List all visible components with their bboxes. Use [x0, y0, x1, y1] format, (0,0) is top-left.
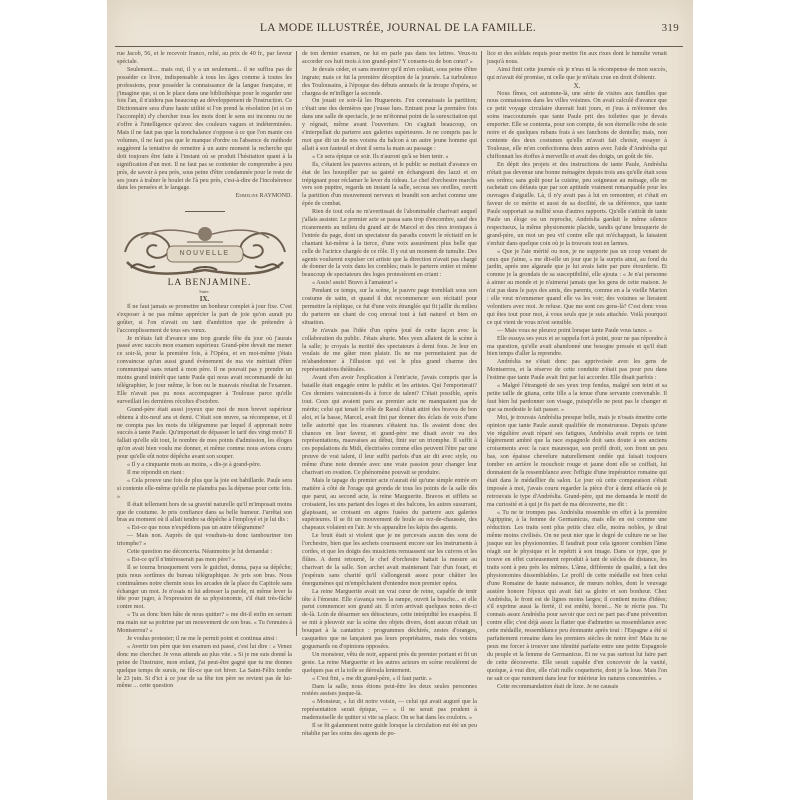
paragraph: Il me répondit en riant : — [117, 470, 292, 478]
paragraph: Le bruit était si violent que je ne perc… — [302, 533, 477, 588]
paragraph: Ainsi finit cette journée où je n'eus ni… — [487, 67, 667, 83]
paragraph: « Que je l'aie mérité ou non, je ne supp… — [487, 249, 667, 328]
ornament-label: NOUVELLE — [171, 250, 239, 258]
paragraph: Il ne faut jamais se promettre un bonheu… — [117, 304, 292, 336]
paragraph: La reine Marguerite avait un vrai cœur d… — [302, 589, 477, 652]
paragraph: « Tu as donc bien hâte de nous quitter? … — [117, 612, 292, 636]
story-title: LA BENJAMINE. — [117, 280, 292, 288]
paragraph: « Ce sera épique ce soir. Ils n'auront q… — [302, 154, 477, 162]
column-divider — [296, 51, 297, 636]
paragraph: Je voulus protester; il ne me le permit … — [117, 636, 292, 644]
column-left: rue Jacob, 56, et le recevoir franco, re… — [117, 51, 292, 636]
chapter-heading: X. — [487, 83, 667, 91]
paragraph: « Est-ce qu'il n'intéresserait pas mon p… — [117, 557, 292, 565]
paragraph: Elle essuya ses yeux et se rappela fort … — [487, 336, 667, 360]
paragraph: Avant d'en avoir l'explication à l'entr'… — [302, 375, 477, 478]
paragraph: Seulement.... mais oui, il y a un seulem… — [117, 67, 292, 194]
paragraph: Nous fîmes, cet automne-là, une série de… — [487, 91, 667, 162]
paragraph: Cette question me déconcerta. Néanmoins … — [117, 549, 292, 557]
paragraph: « Avertir ton père que ton examen est pa… — [117, 644, 292, 691]
paragraph: Il se tourna brusquement vers le guichet… — [117, 565, 292, 612]
paragraph: Mais le tapage du premier acte n'aurait … — [302, 478, 477, 533]
page-number: 319 — [662, 22, 679, 34]
paragraph: Un monsieur, vêtu de noir, apparut près … — [302, 652, 477, 676]
paragraph: « Est-ce que nous n'expédions pas un aut… — [117, 525, 292, 533]
header-rule — [115, 46, 683, 47]
paragraph: lice et des soldats requis pour mettre f… — [487, 51, 667, 67]
paragraph: Je m'étais fait d'avance une trop grande… — [117, 336, 292, 407]
paragraph: « C'est fini, » me dit grand-père, « il … — [302, 676, 477, 684]
paragraph: — Mais vous ne pleurez point lorsque tan… — [487, 328, 667, 336]
paragraph: — Mais non. Auprès de qui voudrais-tu do… — [117, 533, 292, 549]
column-middle: de ton dernier examen, ne lui en parle p… — [302, 51, 477, 626]
paragraph: « Malgré l'étrangeté de ses yeux trop fe… — [487, 383, 667, 415]
paragraph: Pendant ce temps, sur la scène, le pauvr… — [302, 288, 477, 328]
paragraph: En dépit des projets et des instructions… — [487, 162, 667, 249]
newspaper-page: LA MODE ILLUSTRÉE, JOURNAL DE LA FAMILLE… — [107, 0, 693, 800]
journal-title: LA MODE ILLUSTRÉE, JOURNAL DE LA FAMILLE… — [260, 22, 536, 34]
section-separator — [185, 211, 225, 212]
paragraph: Il était tellement hors de sa gravité na… — [117, 502, 292, 526]
column-divider — [481, 51, 482, 626]
page-header: LA MODE ILLUSTRÉE, JOURNAL DE LA FAMILLE… — [117, 22, 679, 42]
paragraph: Je devais céder, et sans montrer qu'il m… — [302, 67, 477, 99]
column-right: lice et des soldats requis pour mettre f… — [487, 51, 667, 621]
nouvelle-ornament: NOUVELLE — [121, 222, 289, 280]
paragraph: Dans la salle, nous étions peut-être les… — [302, 684, 477, 700]
paragraph: « Assis! assis! Bravo à l'amateur! » — [302, 280, 477, 288]
paragraph: rue Jacob, 56, et le recevoir franco, re… — [117, 51, 292, 67]
paragraph: « Tu ne te trompes pas. Andréslta ressem… — [487, 510, 667, 684]
paragraph: « Il y a cinquante mots au moins, » dis-… — [117, 462, 292, 470]
paragraph: Cette recommandation était de luxe. Je n… — [487, 684, 667, 692]
chapter-heading: IX. — [117, 296, 292, 304]
paragraph: « Monsieur, » lui dit notre voisin, — ce… — [302, 699, 477, 723]
paragraph: Rien de tout cela ne m'avertissait de l'… — [302, 209, 477, 280]
author-signature: Emmeline RAYMOND. — [117, 193, 292, 201]
paragraph: de ton dernier examen, ne lui en parle p… — [302, 51, 477, 67]
paragraph: On jouait ce soir-là les Huguenots. J'en… — [302, 98, 477, 153]
paragraph: Andréslta ne s'était donc pas apprivoisé… — [487, 359, 667, 383]
paragraph: « Cela prouve une fois de plus que la jo… — [117, 478, 292, 502]
paragraph: Ils, c'étaient les pauvres acteurs, et l… — [302, 162, 477, 209]
paragraph: Il se fit galamment notre guide lorsque … — [302, 723, 477, 739]
paragraph: Je n'avais pas l'idée d'un opéra joué de… — [302, 328, 477, 375]
paragraph: Moi, je trouvais Andréslta presque belle… — [487, 415, 667, 510]
paragraph: Grand-père était aussi joyeux que moi de… — [117, 407, 292, 462]
